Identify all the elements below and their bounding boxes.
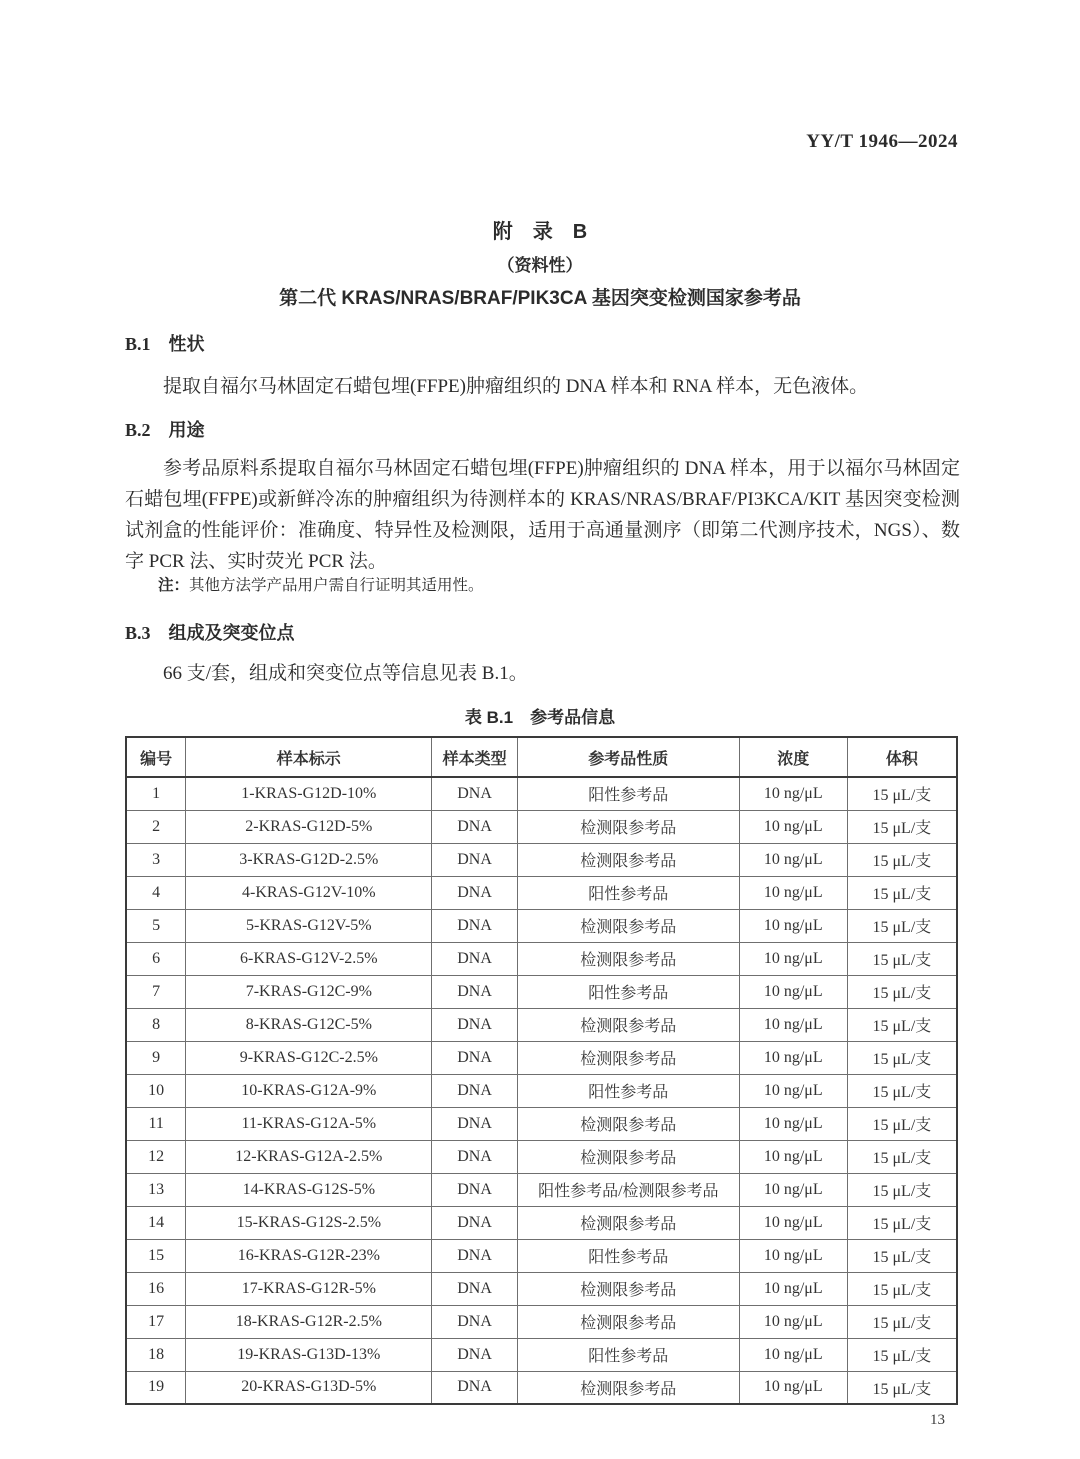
table-cell: 5-KRAS-G12V-5% bbox=[186, 909, 432, 942]
table-cell: DNA bbox=[432, 1107, 518, 1140]
table-cell: DNA bbox=[432, 909, 518, 942]
table-cell: 检测限参考品 bbox=[517, 1107, 739, 1140]
table-cell: DNA bbox=[432, 1239, 518, 1272]
table-cell: DNA bbox=[432, 1206, 518, 1239]
table-cell: 9 bbox=[126, 1041, 186, 1074]
appendix-title: 第二代 KRAS/NRAS/BRAF/PIK3CA 基因突变检测国家参考品 bbox=[0, 283, 1080, 310]
table-cell: DNA bbox=[432, 1140, 518, 1173]
table-cell: 2 bbox=[126, 810, 186, 843]
table-header-cell: 参考品性质 bbox=[517, 737, 739, 777]
table-row: 1920-KRAS-G13D-5%DNA检测限参考品10 ng/μL15 μL/… bbox=[126, 1371, 957, 1404]
table-cell: 8-KRAS-G12C-5% bbox=[186, 1008, 432, 1041]
table-cell: 15 μL/支 bbox=[847, 1206, 957, 1239]
table-row: 66-KRAS-G12V-2.5%DNA检测限参考品10 ng/μL15 μL/… bbox=[126, 942, 957, 975]
table-cell: DNA bbox=[432, 843, 518, 876]
table-cell: 17-KRAS-G12R-5% bbox=[186, 1272, 432, 1305]
table-cell: 15 bbox=[126, 1239, 186, 1272]
table-cell: 10 ng/μL bbox=[739, 1041, 847, 1074]
table-cell: 检测限参考品 bbox=[517, 1206, 739, 1239]
table-cell: 检测限参考品 bbox=[517, 1041, 739, 1074]
table-row: 1111-KRAS-G12A-5%DNA检测限参考品10 ng/μL15 μL/… bbox=[126, 1107, 957, 1140]
table-cell: 3-KRAS-G12D-2.5% bbox=[186, 843, 432, 876]
table-cell: DNA bbox=[432, 777, 518, 810]
table-cell: DNA bbox=[432, 1008, 518, 1041]
note-label: 注： bbox=[158, 577, 189, 594]
table-cell: 12-KRAS-G12A-2.5% bbox=[186, 1140, 432, 1173]
table-cell: 15 μL/支 bbox=[847, 1371, 957, 1404]
table-cell: DNA bbox=[432, 876, 518, 909]
table-cell: 10 ng/μL bbox=[739, 1305, 847, 1338]
table-row: 1010-KRAS-G12A-9%DNA阳性参考品10 ng/μL15 μL/支 bbox=[126, 1074, 957, 1107]
table-row: 44-KRAS-G12V-10%DNA阳性参考品10 ng/μL15 μL/支 bbox=[126, 876, 957, 909]
table-cell: 检测限参考品 bbox=[517, 810, 739, 843]
table-cell: 19 bbox=[126, 1371, 186, 1404]
table-cell: DNA bbox=[432, 1041, 518, 1074]
table-cell: DNA bbox=[432, 1173, 518, 1206]
table-cell: 15 μL/支 bbox=[847, 942, 957, 975]
table-cell: 18-KRAS-G12R-2.5% bbox=[186, 1305, 432, 1338]
table-cell: DNA bbox=[432, 1371, 518, 1404]
table-cell: 15 μL/支 bbox=[847, 1239, 957, 1272]
table-cell: DNA bbox=[432, 1305, 518, 1338]
table-cell: 10 ng/μL bbox=[739, 843, 847, 876]
table-cell: 10 ng/μL bbox=[739, 1338, 847, 1371]
table-cell: 15 μL/支 bbox=[847, 1140, 957, 1173]
table-cell: 10 ng/μL bbox=[739, 1008, 847, 1041]
table-cell: 10 ng/μL bbox=[739, 810, 847, 843]
table-cell: 10 ng/μL bbox=[739, 1272, 847, 1305]
section-b3-title: 组成及突变位点 bbox=[169, 623, 295, 643]
table-cell: 20-KRAS-G13D-5% bbox=[186, 1371, 432, 1404]
table-cell: 10 ng/μL bbox=[739, 1239, 847, 1272]
table-cell: 阳性参考品 bbox=[517, 1074, 739, 1107]
section-b1-heading: B.1性状 bbox=[125, 330, 205, 356]
table-header-row: 编号样本标示样本类型参考品性质浓度体积 bbox=[126, 737, 957, 777]
table-cell: 阳性参考品 bbox=[517, 876, 739, 909]
reference-material-table: 编号样本标示样本类型参考品性质浓度体积 11-KRAS-G12D-10%DNA阳… bbox=[125, 736, 958, 1405]
table-cell: 9-KRAS-G12C-2.5% bbox=[186, 1041, 432, 1074]
table-header-cell: 样本类型 bbox=[432, 737, 518, 777]
section-b1-title: 性状 bbox=[169, 334, 205, 354]
table-cell: 15 μL/支 bbox=[847, 1173, 957, 1206]
table-cell: 12 bbox=[126, 1140, 186, 1173]
table-header-cell: 体积 bbox=[847, 737, 957, 777]
table-row: 55-KRAS-G12V-5%DNA检测限参考品10 ng/μL15 μL/支 bbox=[126, 909, 957, 942]
table-row: 77-KRAS-G12C-9%DNA阳性参考品10 ng/μL15 μL/支 bbox=[126, 975, 957, 1008]
table-cell: 15 μL/支 bbox=[847, 810, 957, 843]
table-cell: 10 ng/μL bbox=[739, 1107, 847, 1140]
table-cell: 阳性参考品 bbox=[517, 1239, 739, 1272]
table-cell: 13 bbox=[126, 1173, 186, 1206]
table-cell: 14 bbox=[126, 1206, 186, 1239]
appendix-type-note: （资料性） bbox=[0, 251, 1080, 276]
section-b3-number: B.3 bbox=[125, 623, 151, 643]
table-cell: 15 μL/支 bbox=[847, 1338, 957, 1371]
table-cell: 7 bbox=[126, 975, 186, 1008]
table-cell: 6 bbox=[126, 942, 186, 975]
table-cell: 检测限参考品 bbox=[517, 1371, 739, 1404]
section-b2-paragraph: 参考品原料系提取自福尔马林固定石蜡包埋(FFPE)肿瘤组织的 DNA 样本，用于… bbox=[125, 453, 960, 577]
section-b2-number: B.2 bbox=[125, 420, 151, 440]
table-cell: 11-KRAS-G12A-5% bbox=[186, 1107, 432, 1140]
table-cell: 检测限参考品 bbox=[517, 1272, 739, 1305]
table-cell: 检测限参考品 bbox=[517, 843, 739, 876]
standard-code: YY/T 1946—2024 bbox=[806, 131, 958, 153]
table-row: 1617-KRAS-G12R-5%DNA检测限参考品10 ng/μL15 μL/… bbox=[126, 1272, 957, 1305]
section-b1-paragraph: 提取自福尔马林固定石蜡包埋(FFPE)肿瘤组织的 DNA 样本和 RNA 样本，… bbox=[125, 371, 960, 402]
table-cell: 检测限参考品 bbox=[517, 1140, 739, 1173]
table-row: 33-KRAS-G12D-2.5%DNA检测限参考品10 ng/μL15 μL/… bbox=[126, 843, 957, 876]
table-cell: 14-KRAS-G12S-5% bbox=[186, 1173, 432, 1206]
table-cell: 2-KRAS-G12D-5% bbox=[186, 810, 432, 843]
table-row: 1819-KRAS-G13D-13%DNA阳性参考品10 ng/μL15 μL/… bbox=[126, 1338, 957, 1371]
table-cell: 15 μL/支 bbox=[847, 975, 957, 1008]
table-cell: 5 bbox=[126, 909, 186, 942]
section-b2-title: 用途 bbox=[169, 420, 205, 440]
table-row: 22-KRAS-G12D-5%DNA检测限参考品10 ng/μL15 μL/支 bbox=[126, 810, 957, 843]
table-row: 88-KRAS-G12C-5%DNA检测限参考品10 ng/μL15 μL/支 bbox=[126, 1008, 957, 1041]
note-text: 其他方法学产品用户需自行证明其适用性。 bbox=[189, 577, 484, 594]
table-cell: 阳性参考品/检测限参考品 bbox=[517, 1173, 739, 1206]
table-cell: 15 μL/支 bbox=[847, 843, 957, 876]
table-cell: 10-KRAS-G12A-9% bbox=[186, 1074, 432, 1107]
table-body: 11-KRAS-G12D-10%DNA阳性参考品10 ng/μL15 μL/支2… bbox=[126, 777, 957, 1404]
table-cell: 1-KRAS-G12D-10% bbox=[186, 777, 432, 810]
table-cell: 10 ng/μL bbox=[739, 1140, 847, 1173]
table-cell: 15 μL/支 bbox=[847, 1008, 957, 1041]
table-cell: DNA bbox=[432, 942, 518, 975]
table-cell: 阳性参考品 bbox=[517, 975, 739, 1008]
table-cell: 10 ng/μL bbox=[739, 975, 847, 1008]
table-row: 1212-KRAS-G12A-2.5%DNA检测限参考品10 ng/μL15 μ… bbox=[126, 1140, 957, 1173]
section-b1-number: B.1 bbox=[125, 334, 151, 354]
table-cell: 15 μL/支 bbox=[847, 909, 957, 942]
table-cell: DNA bbox=[432, 810, 518, 843]
table-cell: 阳性参考品 bbox=[517, 777, 739, 810]
table-cell: 15 μL/支 bbox=[847, 1107, 957, 1140]
table-cell: 10 ng/μL bbox=[739, 1371, 847, 1404]
table-cell: 1 bbox=[126, 777, 186, 810]
table-cell: DNA bbox=[432, 1338, 518, 1371]
table-cell: 7-KRAS-G12C-9% bbox=[186, 975, 432, 1008]
section-b2-heading: B.2用途 bbox=[125, 416, 205, 442]
table-cell: 3 bbox=[126, 843, 186, 876]
table-cell: 10 ng/μL bbox=[739, 1206, 847, 1239]
table-cell: 4 bbox=[126, 876, 186, 909]
table-cell: 15 μL/支 bbox=[847, 1041, 957, 1074]
appendix-heading: 附 录 B bbox=[0, 215, 1080, 244]
table-cell: 10 ng/μL bbox=[739, 1074, 847, 1107]
table-header-cell: 编号 bbox=[126, 737, 186, 777]
table-cell: 16-KRAS-G12R-23% bbox=[186, 1239, 432, 1272]
page-number: 13 bbox=[930, 1412, 945, 1429]
table-row: 99-KRAS-G12C-2.5%DNA检测限参考品10 ng/μL15 μL/… bbox=[126, 1041, 957, 1074]
table-cell: 16 bbox=[126, 1272, 186, 1305]
table-cell: 10 bbox=[126, 1074, 186, 1107]
table-header-cell: 浓度 bbox=[739, 737, 847, 777]
table-cell: DNA bbox=[432, 1272, 518, 1305]
document-page: YY/T 1946—2024 附 录 B （资料性） 第二代 KRAS/NRAS… bbox=[0, 0, 1080, 1459]
table-cell: 11 bbox=[126, 1107, 186, 1140]
table-cell: 10 ng/μL bbox=[739, 876, 847, 909]
table-row: 1718-KRAS-G12R-2.5%DNA检测限参考品10 ng/μL15 μ… bbox=[126, 1305, 957, 1338]
table-cell: 检测限参考品 bbox=[517, 909, 739, 942]
table-cell: DNA bbox=[432, 975, 518, 1008]
table-cell: 10 ng/μL bbox=[739, 942, 847, 975]
table-cell: 检测限参考品 bbox=[517, 942, 739, 975]
table-cell: 检测限参考品 bbox=[517, 1008, 739, 1041]
section-b2-note: 注：其他方法学产品用户需自行证明其适用性。 bbox=[158, 574, 958, 598]
table-cell: 17 bbox=[126, 1305, 186, 1338]
table-cell: 10 ng/μL bbox=[739, 777, 847, 810]
table-cell: 15 μL/支 bbox=[847, 1305, 957, 1338]
table-caption: 表 B.1 参考品信息 bbox=[0, 703, 1080, 728]
table-row: 1516-KRAS-G12R-23%DNA阳性参考品10 ng/μL15 μL/… bbox=[126, 1239, 957, 1272]
table-cell: 10 ng/μL bbox=[739, 1173, 847, 1206]
section-b3-paragraph: 66 支/套，组成和突变位点等信息见表 B.1。 bbox=[125, 658, 960, 689]
table-cell: 6-KRAS-G12V-2.5% bbox=[186, 942, 432, 975]
table-cell: 10 ng/μL bbox=[739, 909, 847, 942]
table-cell: 15 μL/支 bbox=[847, 1272, 957, 1305]
table-cell: 检测限参考品 bbox=[517, 1305, 739, 1338]
table-row: 1415-KRAS-G12S-2.5%DNA检测限参考品10 ng/μL15 μ… bbox=[126, 1206, 957, 1239]
table-cell: 15 μL/支 bbox=[847, 876, 957, 909]
table-cell: 19-KRAS-G13D-13% bbox=[186, 1338, 432, 1371]
table-row: 11-KRAS-G12D-10%DNA阳性参考品10 ng/μL15 μL/支 bbox=[126, 777, 957, 810]
section-b3-heading: B.3组成及突变位点 bbox=[125, 619, 295, 645]
table-cell: 15-KRAS-G12S-2.5% bbox=[186, 1206, 432, 1239]
table-cell: 15 μL/支 bbox=[847, 777, 957, 810]
table-cell: 阳性参考品 bbox=[517, 1338, 739, 1371]
table-cell: 18 bbox=[126, 1338, 186, 1371]
table-cell: 8 bbox=[126, 1008, 186, 1041]
table-row: 1314-KRAS-G12S-5%DNA阳性参考品/检测限参考品10 ng/μL… bbox=[126, 1173, 957, 1206]
table-header-cell: 样本标示 bbox=[186, 737, 432, 777]
table-cell: 4-KRAS-G12V-10% bbox=[186, 876, 432, 909]
table-cell: 15 μL/支 bbox=[847, 1074, 957, 1107]
table-cell: DNA bbox=[432, 1074, 518, 1107]
